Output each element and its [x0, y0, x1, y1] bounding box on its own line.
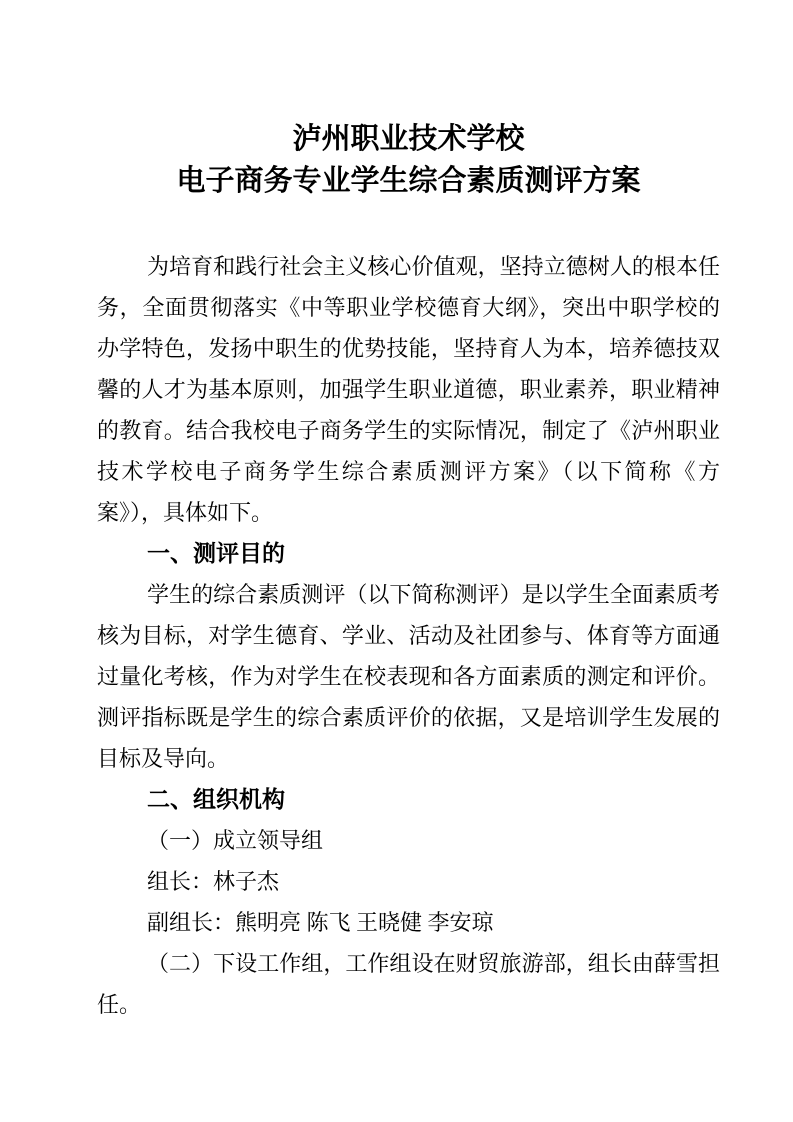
document-title: 泸州职业技术学校 电子商务专业学生综合素质测评方案 [97, 118, 720, 202]
document-page: 泸州职业技术学校 电子商务专业学生综合素质测评方案 为培育和践行社会主义核心价值… [0, 0, 793, 1122]
paragraph-line: 测评指标既是学生的综合素质评价的依据，又是培训学生发展的 [97, 697, 720, 738]
item-setup-leading-group: （一）成立领导组 [97, 820, 720, 861]
text-column: 泸州职业技术学校 电子商务专业学生综合素质测评方案 为培育和践行社会主义核心价值… [97, 0, 720, 1025]
section-heading-organization: 二、组织机构 [97, 779, 720, 820]
paragraph-line: 的教育。结合我校电子商务学生的实际情况，制定了《泸州职业 [97, 410, 720, 451]
paragraph-line: 为培育和践行社会主义核心价值观，坚持立德树人的根本任 [97, 246, 720, 287]
paragraph-line: 过量化考核，作为对学生在校表现和各方面素质的测定和评价。 [97, 656, 720, 697]
document-body: 为培育和践行社会主义核心价值观，坚持立德树人的根本任 务，全面贯彻落实《中等职业… [97, 246, 720, 1025]
paragraph-line: （二）下设工作组，工作组设在财贸旅游部，组长由薛雪担 [97, 943, 720, 984]
title-line-1: 泸州职业技术学校 [97, 118, 720, 160]
paragraph-line: 馨的人才为基本原则，加强学生职业道德，职业素养，职业精神 [97, 369, 720, 410]
paragraph-line: 核为目标，对学生德育、学业、活动及社团参与、体育等方面通 [97, 615, 720, 656]
item-group-leader: 组长：林子杰 [97, 861, 720, 902]
paragraph-line: 学生的综合素质测评（以下简称测评）是以学生全面素质考 [97, 574, 720, 615]
paragraph-line: 技术学校电子商务学生综合素质测评方案》（以下简称《方 [97, 451, 720, 492]
item-deputy-leaders: 副组长：熊明亮 陈飞 王晓健 李安琼 [97, 902, 720, 943]
intro-paragraph: 为培育和践行社会主义核心价值观，坚持立德树人的根本任 务，全面贯彻落实《中等职业… [97, 246, 720, 533]
paragraph-line: 务，全面贯彻落实《中等职业学校德育大纲》，突出中职学校的 [97, 287, 720, 328]
working-group-paragraph: （二）下设工作组，工作组设在财贸旅游部，组长由薛雪担 任。 [97, 943, 720, 1025]
paragraph-line: 任。 [97, 984, 720, 1025]
purpose-paragraph: 学生的综合素质测评（以下简称测评）是以学生全面素质考 核为目标，对学生德育、学业… [97, 574, 720, 779]
section-heading-evaluation-purpose: 一、测评目的 [97, 533, 720, 574]
paragraph-line: 目标及导向。 [97, 738, 720, 779]
title-line-2: 电子商务专业学生综合素质测评方案 [97, 160, 720, 202]
paragraph-line: 案》），具体如下。 [97, 492, 720, 533]
paragraph-line: 办学特色，发扬中职生的优势技能，坚持育人为本，培养德技双 [97, 328, 720, 369]
